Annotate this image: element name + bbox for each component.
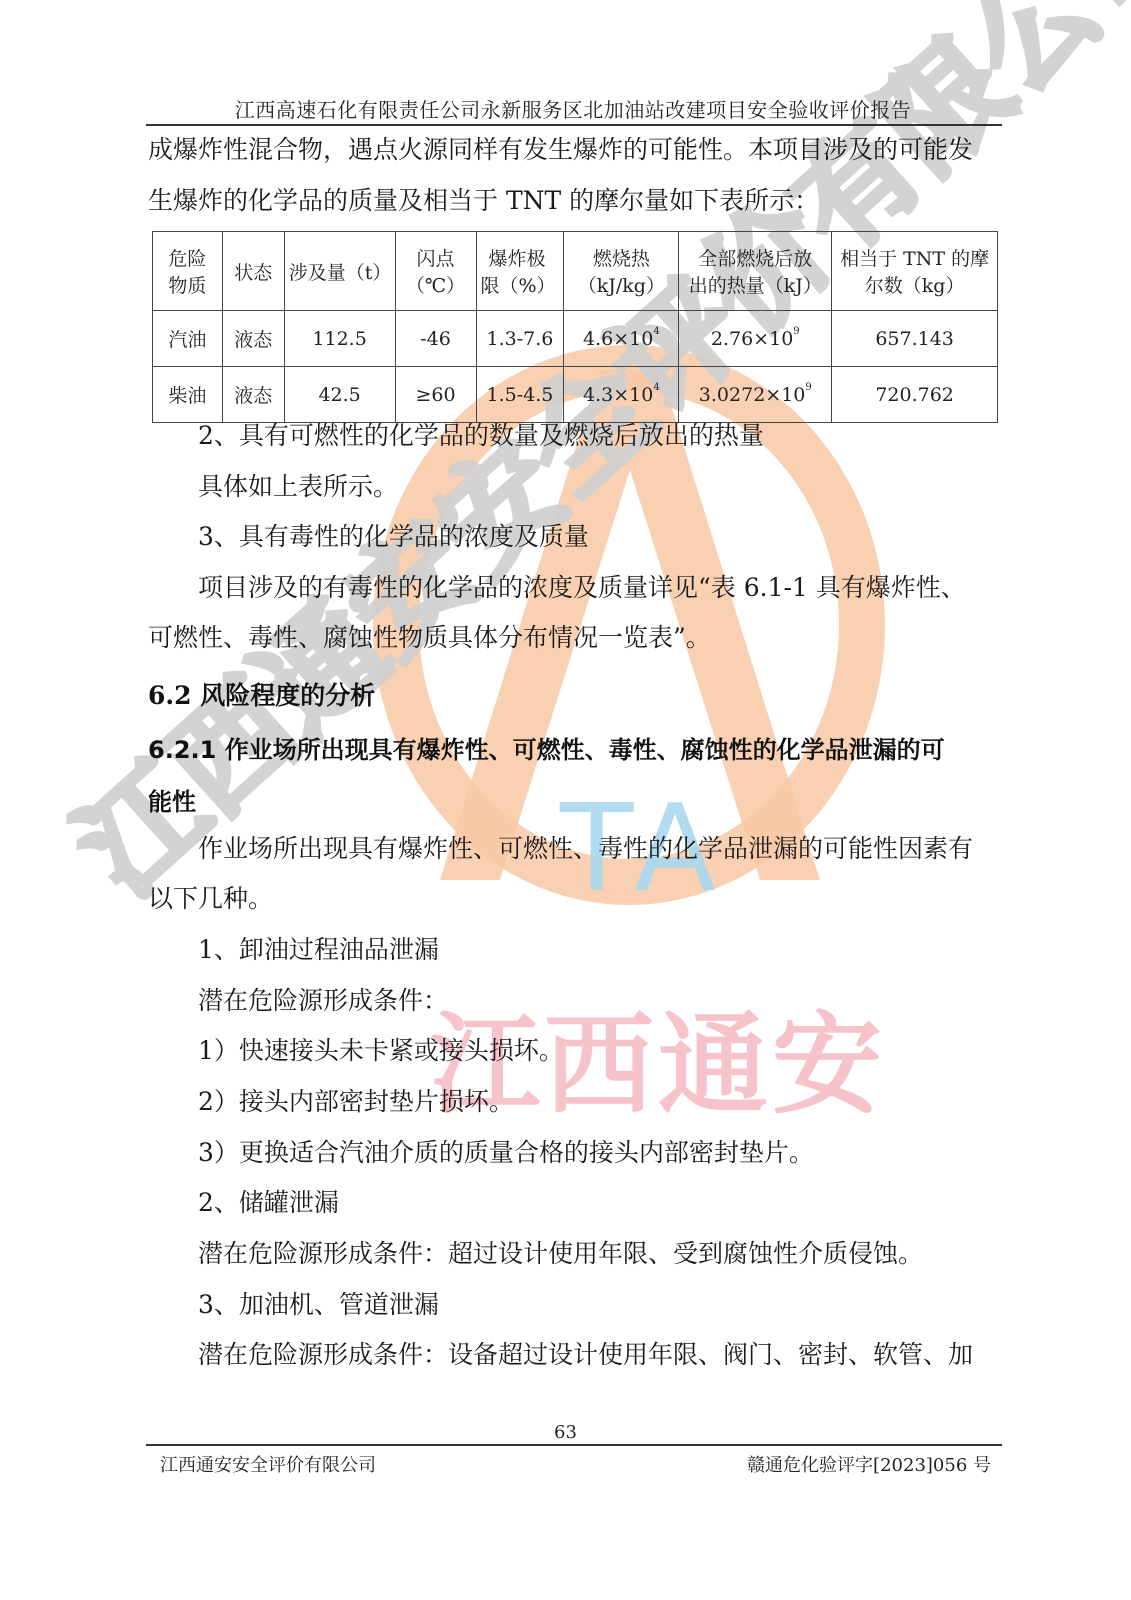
paragraph-line: 以下几种。	[148, 881, 1004, 917]
column-header: 闪点（℃）	[395, 232, 476, 311]
document-content: 江西高速石化有限责任公司永新服务区北加油站改建项目安全验收评价报告 成爆炸性混合…	[0, 0, 1131, 1600]
flash-point-cell: ≥60	[395, 367, 476, 423]
table-header-row: 危险物质 状态 涉及量（t） 闪点（℃） 爆炸极限（%） 燃烧热（kJ/kg） …	[153, 232, 998, 311]
table-row: 汽油 液态 112.5 -46 1.3-7.6 4.6×104 2.76×109…	[153, 311, 998, 367]
list-item: 3）更换适合汽油介质的质量合格的接头内部密封垫片。	[198, 1135, 1054, 1171]
column-header: 全部燃烧后放出的热量（kJ）	[679, 232, 832, 311]
explosion-limit-cell: 1.5-4.5	[476, 367, 564, 423]
list-item-title: 3、加油机、管道泄漏	[198, 1287, 1054, 1323]
header-divider	[146, 124, 1002, 126]
combustion-heat-cell: 4.3×104	[564, 367, 679, 423]
paragraph-line: 具体如上表所示。	[198, 469, 1054, 505]
list-item-title: 2、储罐泄漏	[198, 1185, 1054, 1221]
section-heading-6-2: 6.2 风险程度的分析	[148, 676, 375, 712]
combustion-heat-cell: 4.6×104	[564, 311, 679, 367]
running-header: 江西高速石化有限责任公司永新服务区北加油站改建项目安全验收评价报告	[148, 94, 998, 123]
amount-cell: 42.5	[284, 367, 395, 423]
document-page: TA 江西通安 江西通安安全评价有限公司 江西高速石化有限责任公司永新服务区北加…	[0, 0, 1131, 1600]
paragraph-line: 成爆炸性混合物，遇点火源同样有发生爆炸的可能性。本项目涉及的可能发	[148, 132, 1004, 168]
paragraph-line: 潜在危险源形成条件：超过设计使用年限、受到腐蚀性介质侵蚀。	[198, 1236, 1054, 1272]
paragraph-line: 潜在危险源形成条件：设备超过设计使用年限、阀门、密封、软管、加	[198, 1337, 1054, 1373]
list-item: 1）快速接头未卡紧或接头损坏。	[198, 1033, 1054, 1069]
paragraph-line: 生爆炸的化学品的质量及相当于 TNT 的摩尔量如下表所示：	[148, 183, 1004, 219]
column-header: 涉及量（t）	[284, 232, 395, 311]
page-number: 63	[0, 1422, 1131, 1443]
list-item: 2）接头内部密封垫片损坏。	[198, 1084, 1054, 1120]
substance-cell: 汽油	[153, 311, 223, 367]
section-heading-6-2-1-cont: 能性	[148, 782, 196, 817]
table-row: 柴油 液态 42.5 ≥60 1.5-4.5 4.3×104 3.0272×10…	[153, 367, 998, 423]
amount-cell: 112.5	[284, 311, 395, 367]
state-cell: 液态	[222, 367, 284, 423]
tnt-equivalent-cell: 657.143	[832, 311, 998, 367]
footer-company: 江西通安安全评价有限公司	[160, 1451, 376, 1477]
footer-divider	[146, 1444, 1002, 1446]
explosion-limit-cell: 1.3-7.6	[476, 311, 564, 367]
footer-doc-number: 赣通危化验评字[2023]056 号	[747, 1451, 991, 1477]
list-item-title: 2、具有可燃性的化学品的数量及燃烧后放出的热量	[198, 418, 1054, 454]
column-header: 燃烧热（kJ/kg）	[564, 232, 679, 311]
paragraph-line: 潜在危险源形成条件：	[198, 983, 1054, 1019]
total-heat-cell: 2.76×109	[679, 311, 832, 367]
list-item-title: 1、卸油过程油品泄漏	[198, 932, 1054, 968]
explosive-chemicals-table: 危险物质 状态 涉及量（t） 闪点（℃） 爆炸极限（%） 燃烧热（kJ/kg） …	[152, 231, 998, 423]
list-item-title: 3、具有毒性的化学品的浓度及质量	[198, 519, 1054, 555]
total-heat-cell: 3.0272×109	[679, 367, 832, 423]
tnt-equivalent-cell: 720.762	[832, 367, 998, 423]
paragraph-line: 项目涉及的有毒性的化学品的浓度及质量详见“表 6.1-1 具有爆炸性、	[198, 570, 1054, 606]
state-cell: 液态	[222, 311, 284, 367]
flash-point-cell: -46	[395, 311, 476, 367]
column-header: 危险物质	[153, 232, 223, 311]
column-header: 状态	[222, 232, 284, 311]
paragraph-line: 作业场所出现具有爆炸性、可燃性、毒性的化学品泄漏的可能性因素有	[198, 831, 1054, 867]
substance-cell: 柴油	[153, 367, 223, 423]
section-heading-6-2-1: 6.2.1 作业场所出现具有爆炸性、可燃性、毒性、腐蚀性的化学品泄漏的可	[148, 730, 945, 765]
paragraph-line: 可燃性、毒性、腐蚀性物质具体分布情况一览表”。	[148, 620, 1004, 656]
column-header: 爆炸极限（%）	[476, 232, 564, 311]
column-header: 相当于 TNT 的摩尔数（kg）	[832, 232, 998, 311]
